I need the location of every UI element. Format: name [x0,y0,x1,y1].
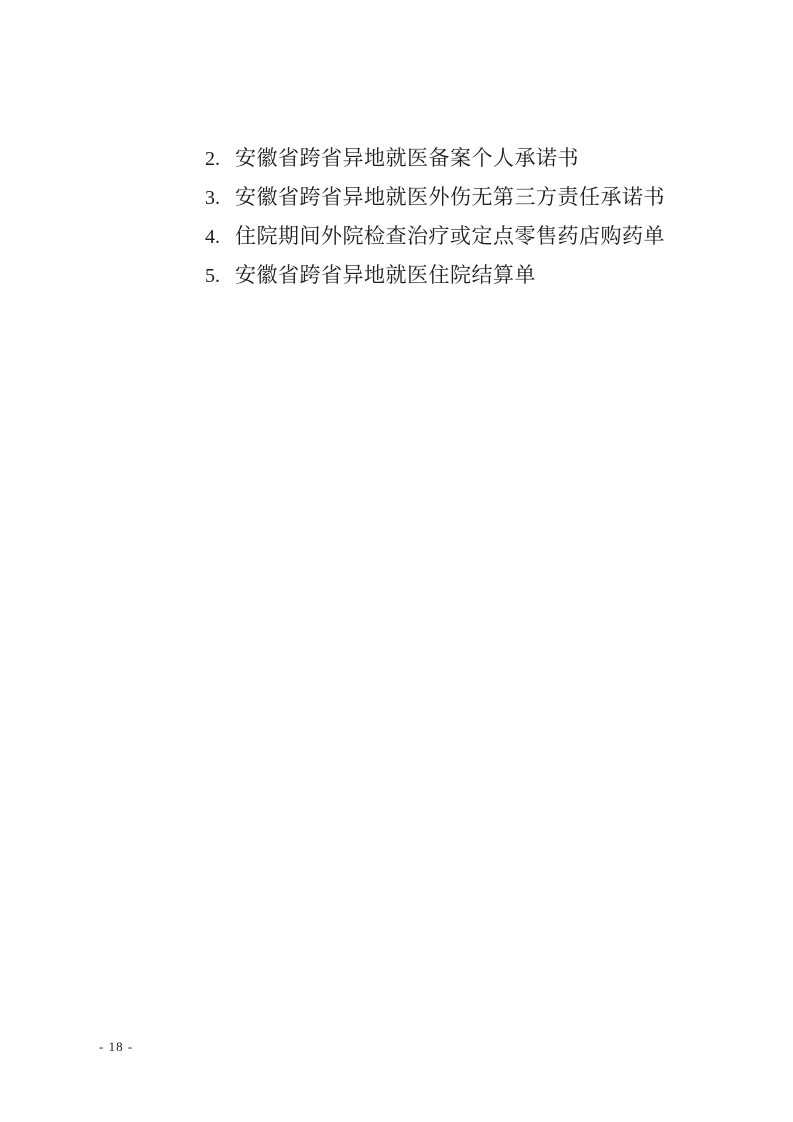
list-item-text: 安徽省跨省异地就医备案个人承诺书 [235,147,579,169]
list-item: 4. 住院期间外院检查治疗或定点零售药店购药单 [205,225,665,247]
document-page: 2. 安徽省跨省异地就医备案个人承诺书 3. 安徽省跨省异地就医外伤无第三方责任… [0,0,793,1122]
list-item-number: 3. [205,187,235,209]
list-item: 2. 安徽省跨省异地就医备案个人承诺书 [205,147,665,169]
list-item-text: 住院期间外院检查治疗或定点零售药店购药单 [235,225,665,247]
page-footer: - 18 - [99,1039,133,1054]
list-item-text: 安徽省跨省异地就医外伤无第三方责任承诺书 [235,186,665,208]
page-number: - 18 - [99,1039,133,1054]
list-item-number: 2. [205,148,235,170]
list-item-text: 安徽省跨省异地就医住院结算单 [235,264,536,286]
attachment-list: 2. 安徽省跨省异地就医备案个人承诺书 3. 安徽省跨省异地就医外伤无第三方责任… [205,147,665,303]
list-item-number: 5. [205,265,235,287]
list-item: 3. 安徽省跨省异地就医外伤无第三方责任承诺书 [205,186,665,208]
list-item-number: 4. [205,226,235,248]
list-item: 5. 安徽省跨省异地就医住院结算单 [205,264,665,286]
